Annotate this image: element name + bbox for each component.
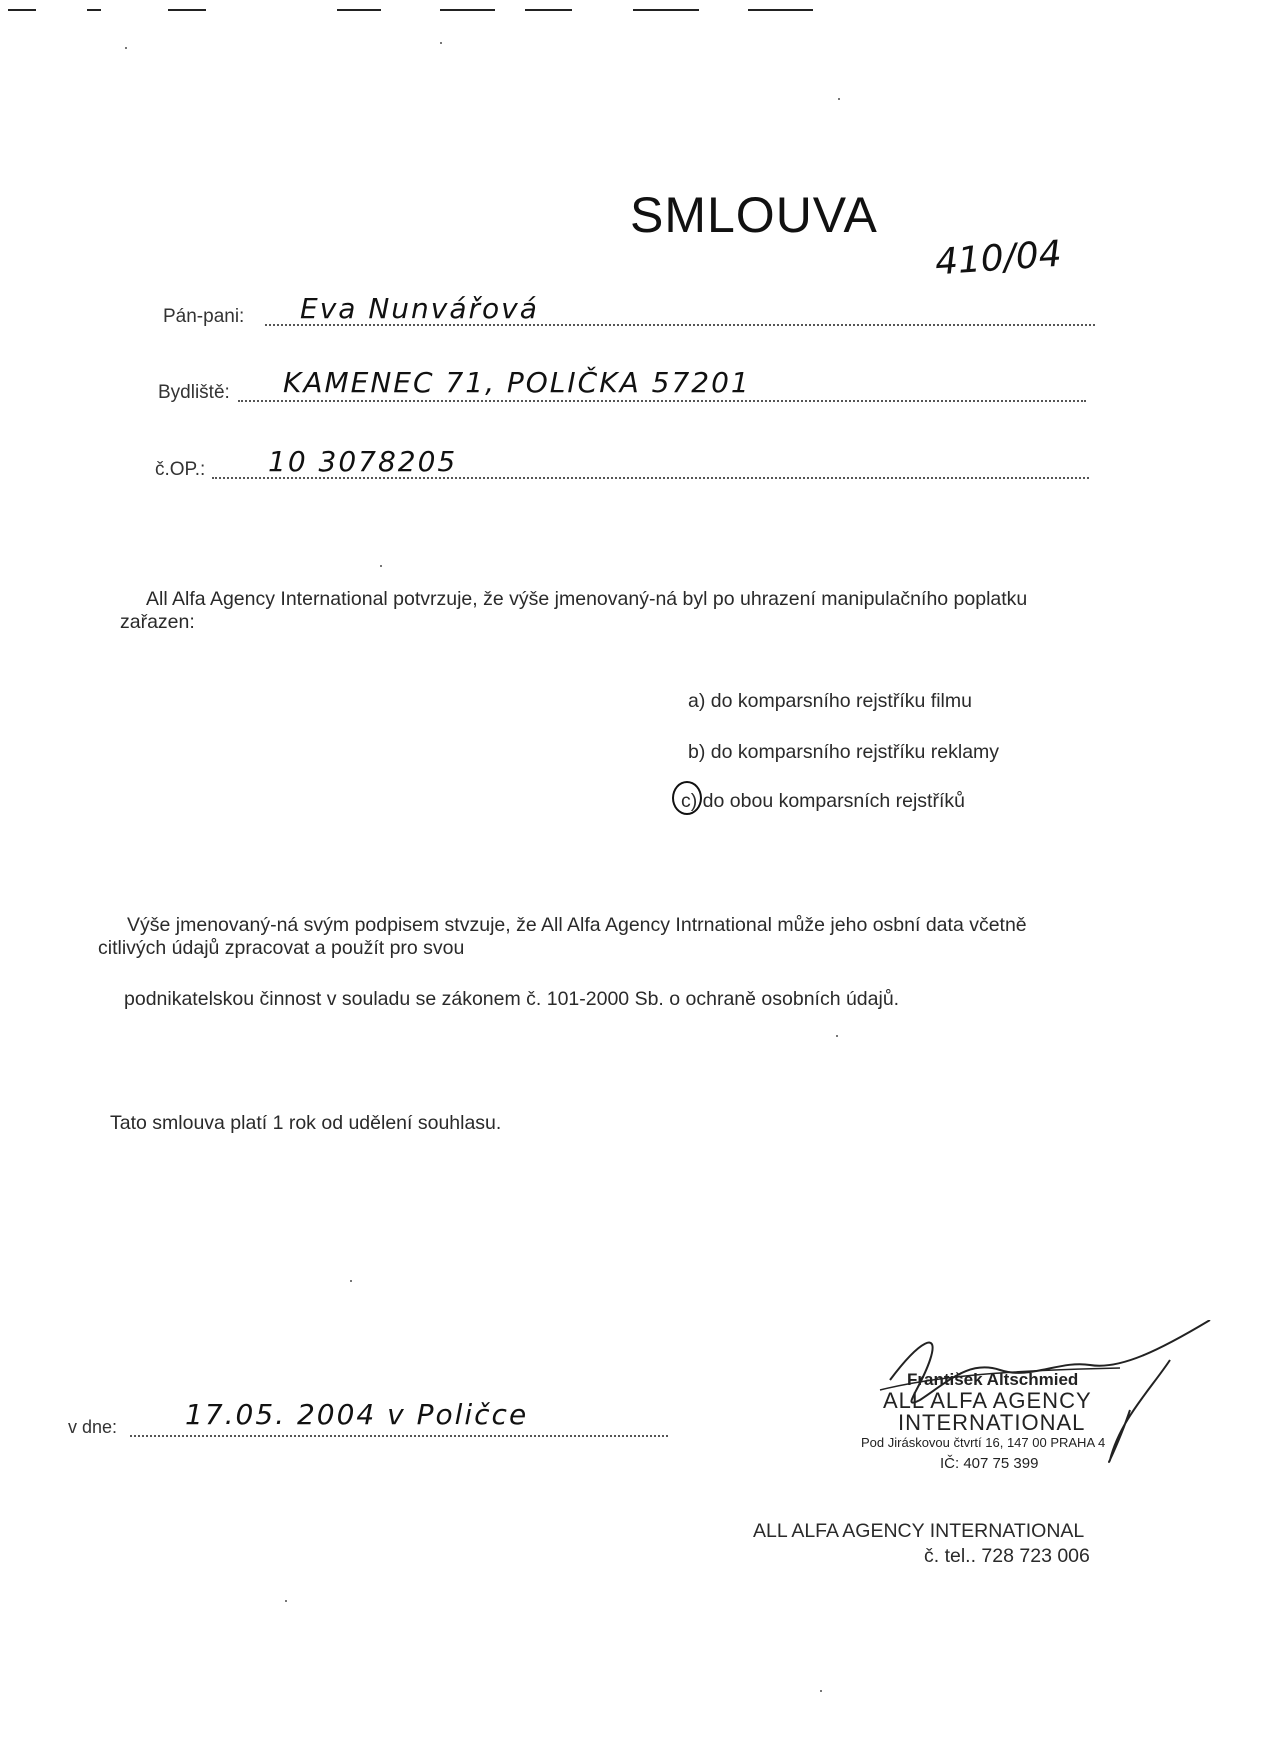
option-a-marker: a): [688, 690, 705, 712]
scan-speck: [836, 1035, 838, 1037]
residence-label: Bydliště:: [158, 382, 230, 404]
stamp-company-id: IČ: 407 75 399: [940, 1455, 1038, 1472]
name-label: Pán-pani:: [163, 306, 244, 328]
option-a-text: do komparsního rejstříku filmu: [711, 690, 972, 712]
option-b: b) do komparsního rejstříku reklamy: [688, 741, 999, 764]
stamp-address: Pod Jiráskovou čtvrtí 16, 147 00 PRAHA 4: [861, 1435, 1105, 1450]
date-place-label: v dne:: [68, 1417, 117, 1438]
scan-speck: [440, 42, 442, 44]
scan-artifact-line: [440, 9, 495, 11]
scan-speck: [125, 47, 127, 49]
scan-speck: [838, 98, 840, 100]
scan-speck: [820, 1690, 822, 1692]
option-b-text: do komparsního rejstříku reklamy: [711, 741, 999, 763]
paragraph-2-line-1: Výše jmenovaný-ná svým podpisem stvzuje,…: [127, 914, 1027, 937]
scan-artifact-line: [525, 9, 572, 11]
paragraph-2-line-3: podnikatelskou činnost v souladu se záko…: [124, 988, 899, 1011]
stamp-signer-name: František Altschmied: [907, 1370, 1078, 1390]
scan-speck: [285, 1600, 287, 1602]
id-card-value: 10 3078205: [268, 445, 457, 478]
residence-dotted-line: [238, 400, 1086, 402]
option-b-marker: b): [688, 741, 705, 763]
scan-speck: [350, 1280, 352, 1282]
scan-artifact-line: [168, 9, 206, 11]
validity-statement: Tato smlouva platí 1 rok od udělení souh…: [110, 1112, 501, 1135]
scan-artifact-line: [8, 9, 36, 11]
residence-value: KAMENEC 71, POLIČKA 57201: [283, 366, 751, 399]
scan-artifact-line: [87, 9, 101, 11]
id-card-label: č.OP.:: [155, 459, 205, 481]
document-title: SMLOUVA: [630, 186, 878, 244]
scan-speck: [380, 565, 382, 567]
date-place-dotted-line: [130, 1435, 668, 1437]
paragraph-1-line-1: All Alfa Agency International potvrzuje,…: [146, 588, 1027, 611]
date-place-value: 17.05. 2004 v Poličce: [185, 1398, 528, 1431]
option-a: a) do komparsního rejstříku filmu: [688, 690, 972, 713]
selected-option-circle-mark: [672, 781, 702, 815]
scan-artifact-line: [748, 9, 813, 11]
stamp-company-line-2: INTERNATIONAL: [898, 1410, 1085, 1436]
paragraph-2-line-2: citlivých údajů zpracovat a použít pro s…: [98, 937, 464, 960]
footer-phone: č. tel.. 728 723 006: [924, 1545, 1090, 1568]
footer-company-name: ALL ALFA AGENCY INTERNATIONAL: [753, 1520, 1084, 1543]
option-c-text: do obou komparsních rejstříků: [703, 790, 965, 812]
paragraph-1-line-2: zařazen:: [120, 611, 195, 634]
option-c: c) do obou komparsních rejstříků: [681, 790, 965, 813]
name-value: Eva Nunvářová: [300, 292, 539, 325]
scan-artifact-line: [633, 9, 699, 11]
scan-artifact-line: [337, 9, 381, 11]
handwritten-reference-number: 410/04: [934, 234, 1063, 284]
